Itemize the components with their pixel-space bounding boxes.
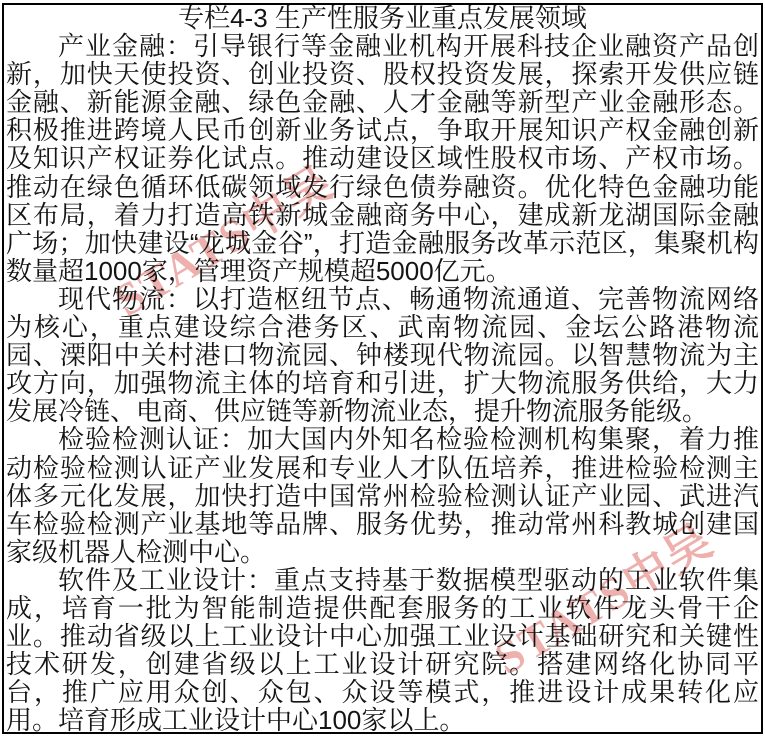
paragraph-software-industrial-design: 软件及工业设计：重点支持基于数据模型驱动的工业软件集成，培育一批为智能制造提供配…	[6, 566, 759, 735]
box-content: 专栏4-3 生产性服务业重点发展领域 产业金融：引导银行等金融业机构开展科技企业…	[6, 4, 759, 734]
document-page: STATS中吴 STATS中吴 专栏4-3 生产性服务业重点发展领域 产业金融：…	[0, 0, 765, 739]
box-title: 专栏4-3 生产性服务业重点发展领域	[6, 4, 759, 32]
paragraph-modern-logistics: 现代物流：以打造枢纽节点、畅通物流通道、完善物流网络为核心，重点建设综合港务区、…	[6, 285, 759, 425]
paragraph-industry-finance: 产业金融：引导银行等金融业机构开展科技企业融资产品创新，加快天使投资、创业投资、…	[6, 32, 759, 285]
paragraph-inspection-testing-certification: 检验检测认证：加大国内外知名检验检测机构集聚，着力推动检验检测认证产业发展和专业…	[6, 425, 759, 565]
